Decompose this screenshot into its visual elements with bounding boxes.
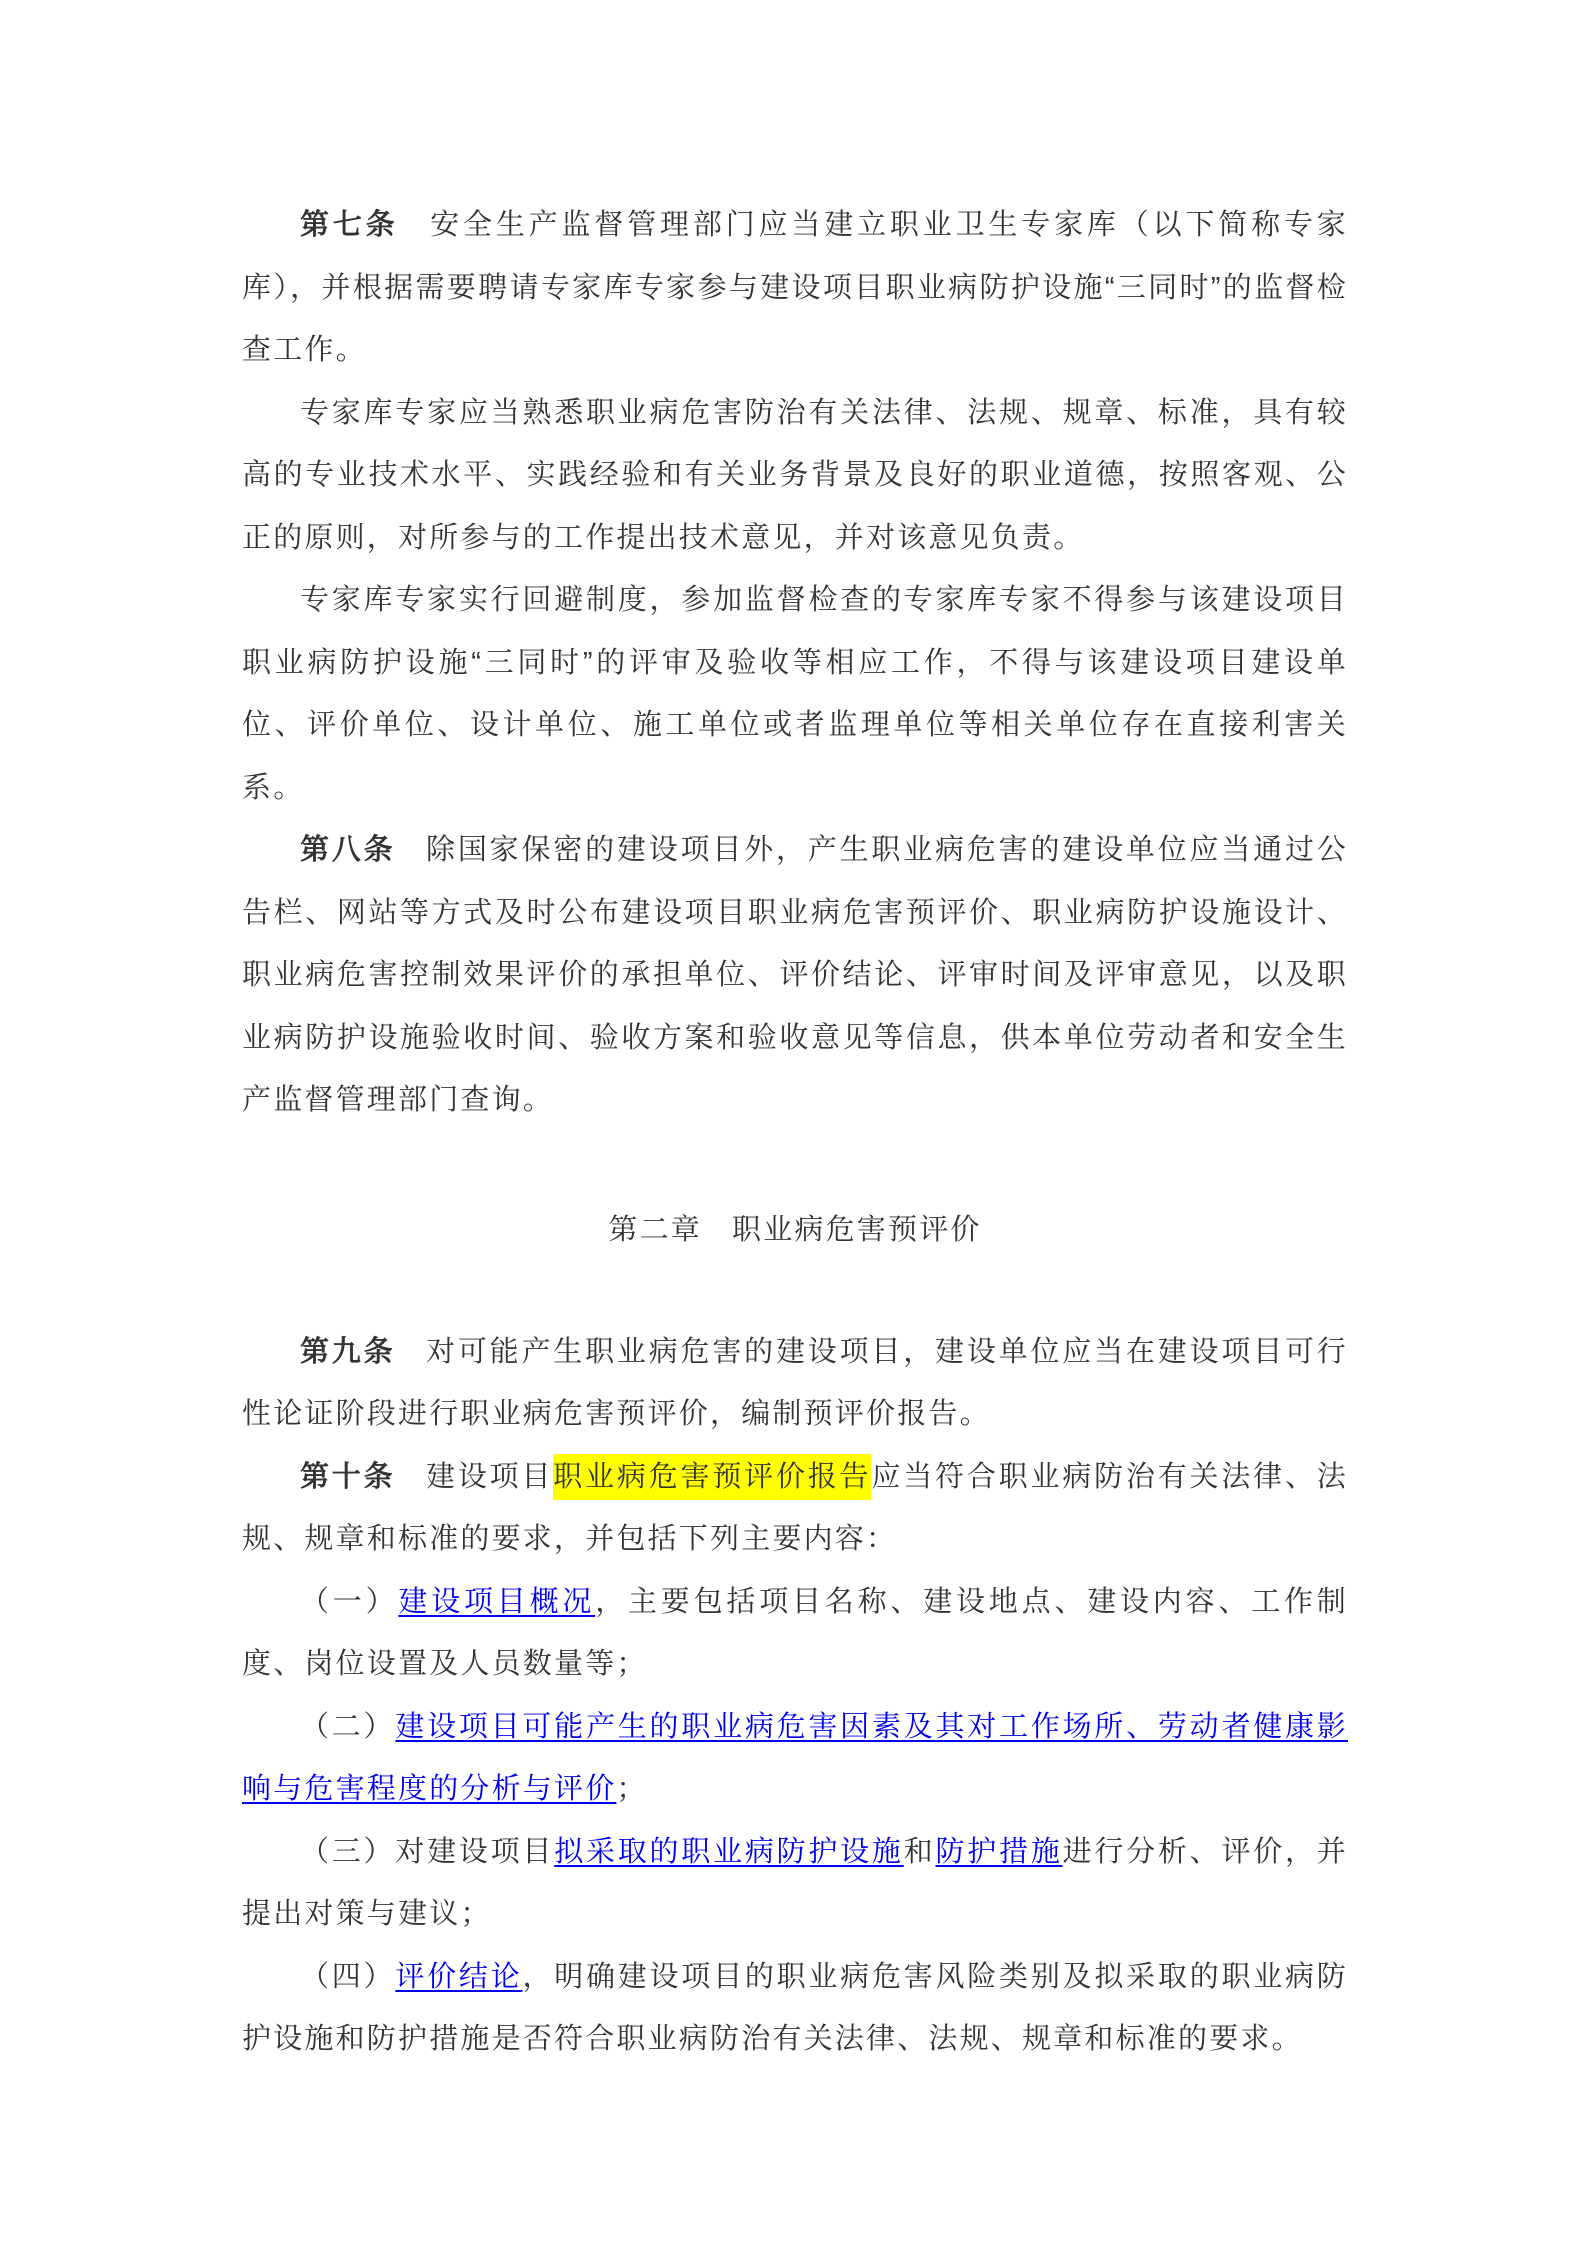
list-item-text-before: 对建设项目 xyxy=(395,1836,554,1868)
article-10-label: 第十条 xyxy=(300,1461,395,1493)
highlighted-text[interactable]: 职业病危害预评价报告 xyxy=(553,1454,871,1500)
article-8-paragraph: 第八条除国家保密的建设项目外，产生职业病危害的建设单位应当通过公告栏、网站等方式… xyxy=(242,819,1348,1132)
article-9-label: 第九条 xyxy=(300,1336,395,1368)
article-10-paragraph: 第十条建设项目职业病危害预评价报告应当符合职业病防治有关法律、法规、规章和标准的… xyxy=(242,1446,1348,1571)
list-item-text: ； xyxy=(616,1773,647,1805)
article-9-paragraph: 第九条对可能产生职业病危害的建设项目，建设单位应当在建设项目可行性论证阶段进行职… xyxy=(242,1321,1348,1446)
link-hazard-factors-analysis[interactable]: 建设项目可能产生的职业病危害因素及其对工作场所、劳动者健康影响与危害程度的分析与… xyxy=(242,1711,1348,1806)
article-8-label: 第八条 xyxy=(300,834,395,866)
chapter-heading: 第二章职业病危害预评价 xyxy=(242,1199,1348,1261)
link-protective-measures[interactable]: 防护措施 xyxy=(936,1836,1063,1868)
list-item-3: （三）对建设项目拟采取的职业病防护设施和防护措施进行分析、评价，并提出对策与建议… xyxy=(242,1821,1348,1946)
article-7-text: 安全生产监督管理部门应当建立职业卫生专家库（以下简称专家库），并根据需要聘请专家… xyxy=(242,209,1348,366)
list-item-2: （二）建设项目可能产生的职业病危害因素及其对工作场所、劳动者健康影响与危害程度的… xyxy=(242,1696,1348,1821)
article-7-label: 第七条 xyxy=(300,209,399,241)
link-project-overview[interactable]: 建设项目概况 xyxy=(398,1586,595,1618)
link-protective-facilities[interactable]: 拟采取的职业病防护设施 xyxy=(554,1836,904,1868)
list-marker: （三） xyxy=(300,1836,395,1868)
article-8-text: 除国家保密的建设项目外，产生职业病危害的建设单位应当通过公告栏、网站等方式及时公… xyxy=(242,834,1348,1116)
article-7-paragraph-3: 专家库专家实行回避制度，参加监督检查的专家库专家不得参与该建设项目职业病防护设施… xyxy=(242,569,1348,819)
list-marker: （四） xyxy=(300,1961,395,1993)
document-page: 第七条安全生产监督管理部门应当建立职业卫生专家库（以下简称专家库），并根据需要聘… xyxy=(242,194,1348,2071)
list-item-1: （一）建设项目概况，主要包括项目名称、建设地点、建设内容、工作制度、岗位设置及人… xyxy=(242,1571,1348,1696)
article-10-text-before: 建设项目 xyxy=(425,1461,553,1493)
list-marker: （一） xyxy=(300,1586,398,1618)
list-item-text-middle: 和 xyxy=(904,1836,936,1868)
article-9-text: 对可能产生职业病危害的建设项目，建设单位应当在建设项目可行性论证阶段进行职业病危… xyxy=(242,1336,1348,1431)
list-item-4: （四）评价结论，明确建设项目的职业病危害风险类别及拟采取的职业病防护设施和防护措… xyxy=(242,1946,1348,2071)
article-7-paragraph-2: 专家库专家应当熟悉职业病危害防治有关法律、法规、规章、标准，具有较高的专业技术水… xyxy=(242,382,1348,570)
link-evaluation-conclusion[interactable]: 评价结论 xyxy=(395,1961,522,1993)
list-marker: （二） xyxy=(300,1711,395,1743)
article-7-paragraph-1: 第七条安全生产监督管理部门应当建立职业卫生专家库（以下简称专家库），并根据需要聘… xyxy=(242,194,1348,382)
chapter-title: 职业病危害预评价 xyxy=(732,1214,982,1246)
chapter-number: 第二章 xyxy=(608,1214,702,1246)
